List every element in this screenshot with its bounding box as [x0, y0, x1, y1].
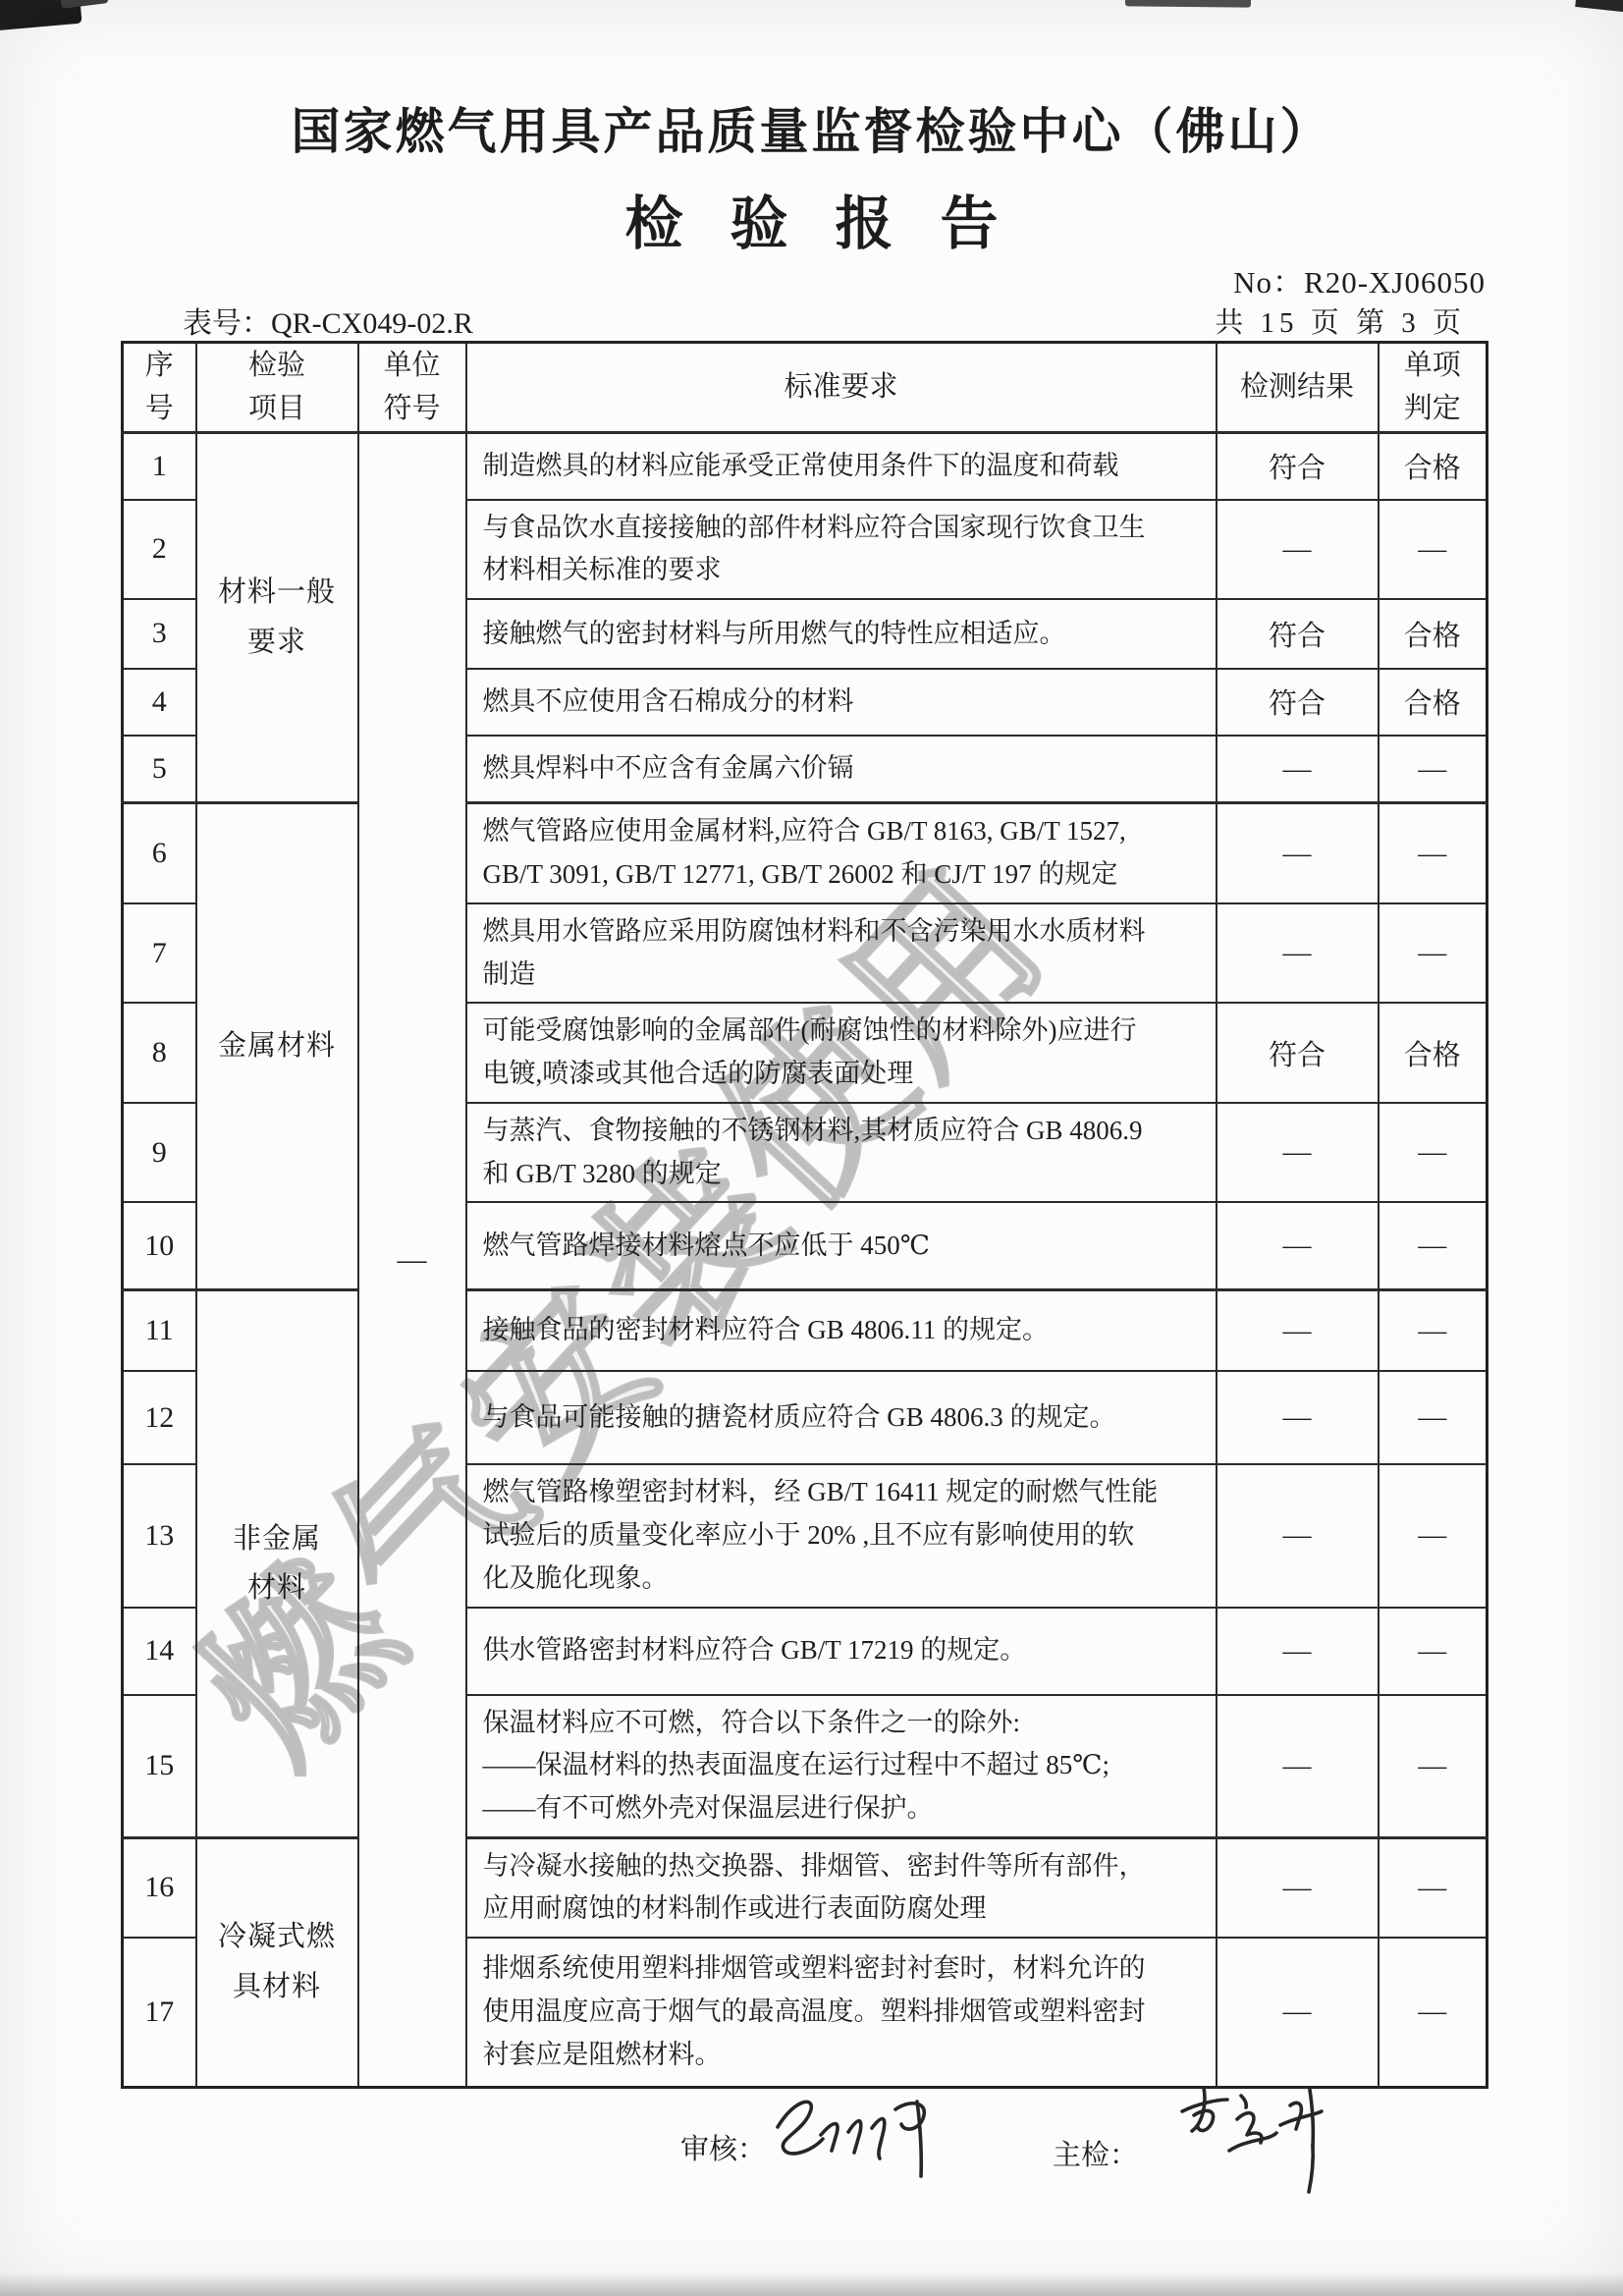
row-seq: 1 — [123, 433, 196, 500]
row-seq: 11 — [123, 1289, 196, 1371]
result-cell: — — [1217, 500, 1379, 599]
judgment-cell: — — [1379, 803, 1488, 903]
result-cell: 符合 — [1217, 1003, 1379, 1102]
group-label-nonmetal-materials: 非金属 材料 — [196, 1289, 358, 1837]
reviewer-label: 审核： — [680, 2127, 766, 2167]
judgment-cell: 合格 — [1379, 599, 1488, 669]
result-cell: 符合 — [1217, 433, 1379, 500]
report-number: No：R20-XJ06050 — [1233, 257, 1486, 301]
result-cell: — — [1217, 1837, 1379, 1938]
row-seq: 4 — [123, 669, 196, 736]
group-label-general-materials: 材料一般 要求 — [196, 433, 358, 803]
inspection-table: 序 号 检验 项目 单位 符号 标准要求 检测结果 单项 判定 1 材料一般 要… — [121, 341, 1488, 2089]
table-row: 6 金属材料 燃气管路应使用金属材料,应符合 GB/T 8163, GB/T 1… — [123, 803, 1488, 903]
judgment-cell: — — [1379, 1938, 1488, 2087]
row-seq: 15 — [123, 1695, 196, 1838]
chief-inspector-signature — [1166, 2076, 1348, 2202]
requirement-cell: 接触食品的密封材料应符合 GB 4806.11 的规定。 — [466, 1289, 1217, 1371]
row-seq: 14 — [123, 1608, 196, 1695]
judgment-cell: 合格 — [1379, 433, 1488, 500]
org-title: 国家燃气用具产品质量监督检验中心（佛山） — [0, 92, 1623, 163]
page-counter: 共 15 页 第 3 页 — [1215, 301, 1466, 341]
judgment-cell: — — [1379, 1837, 1488, 1938]
row-seq: 6 — [123, 803, 196, 903]
scan-smudge-top-right — [1575, 0, 1623, 13]
row-seq: 3 — [123, 599, 196, 669]
row-seq: 5 — [123, 736, 196, 803]
reviewer-signature — [764, 2088, 950, 2186]
scan-edge-shadow — [0, 2272, 1623, 2296]
table-row: 1 材料一般 要求 — 制造燃具的材料应能承受正常使用条件下的温度和荷载 符合 … — [123, 433, 1488, 500]
col-header-unit: 单位 符号 — [358, 343, 466, 433]
result-cell: — — [1217, 1371, 1379, 1464]
scan-smudge-top-left-2 — [60, 0, 108, 9]
result-cell: — — [1217, 903, 1379, 1003]
result-cell: — — [1217, 1289, 1379, 1371]
table-row: 16 冷凝式燃 具材料 与冷凝水接触的热交换器、排烟管、密封件等所有部件， 应用… — [123, 1837, 1488, 1938]
judgment-cell: — — [1379, 1695, 1488, 1838]
requirement-cell: 与蒸汽、食物接触的不锈钢材料,其材质应符合 GB 4806.9 和 GB/T 3… — [466, 1103, 1217, 1202]
judgment-cell: — — [1379, 736, 1488, 803]
requirement-cell: 排烟系统使用塑料排烟管或塑料密封衬套时，材料允许的 使用温度应高于烟气的最高温度… — [466, 1938, 1217, 2087]
report-title: 检验报告 — [24, 177, 1623, 260]
row-seq: 7 — [123, 903, 196, 1003]
row-seq: 2 — [123, 500, 196, 599]
scan-streak-top — [1125, 0, 1251, 8]
result-cell: — — [1217, 803, 1379, 903]
group-label-metal-materials: 金属材料 — [196, 803, 358, 1289]
requirement-cell: 与食品可能接触的搪瓷材质应符合 GB 4806.3 的规定。 — [466, 1371, 1217, 1464]
requirement-cell: 供水管路密封材料应符合 GB/T 17219 的规定。 — [466, 1608, 1217, 1695]
table-row: 11 非金属 材料 接触食品的密封材料应符合 GB 4806.11 的规定。 —… — [123, 1289, 1488, 1371]
result-cell: — — [1217, 1695, 1379, 1838]
row-seq: 16 — [123, 1837, 196, 1938]
judgment-cell: 合格 — [1379, 669, 1488, 736]
col-header-requirement: 标准要求 — [466, 343, 1217, 433]
result-cell: — — [1217, 1103, 1379, 1202]
col-header-seq: 序 号 — [123, 343, 196, 433]
requirement-cell: 制造燃具的材料应能承受正常使用条件下的温度和荷载 — [466, 433, 1217, 500]
result-cell: — — [1217, 1608, 1379, 1695]
unit-symbol-cell: — — [358, 433, 466, 2088]
row-seq: 17 — [123, 1938, 196, 2087]
judgment-cell: — — [1379, 903, 1488, 1003]
judgment-cell: — — [1379, 1371, 1488, 1464]
judgment-cell: — — [1379, 1202, 1488, 1289]
judgment-cell: — — [1379, 1608, 1488, 1695]
result-cell: — — [1217, 1464, 1379, 1607]
requirement-cell: 与食品饮水直接接触的部件材料应符合国家现行饮食卫生 材料相关标准的要求 — [466, 500, 1217, 599]
row-seq: 12 — [123, 1371, 196, 1464]
judgment-cell: — — [1379, 500, 1488, 599]
judgment-cell: — — [1379, 1289, 1488, 1371]
judgment-cell: — — [1379, 1464, 1488, 1607]
result-cell: 符合 — [1217, 669, 1379, 736]
requirement-cell: 燃具焊料中不应含有金属六价镉 — [466, 736, 1217, 803]
col-header-item: 检验 项目 — [196, 343, 358, 433]
report-page: 燃气安装使用 国家燃气用具产品质量监督检验中心（佛山） 检验报告 No：R20-… — [0, 0, 1623, 2296]
result-cell: — — [1217, 1202, 1379, 1289]
requirement-cell: 燃具用水管路应采用防腐蚀材料和不含污染用水水质材料 制造 — [466, 903, 1217, 1003]
col-header-result: 检测结果 — [1217, 343, 1379, 433]
judgment-cell: 合格 — [1379, 1003, 1488, 1102]
result-cell: — — [1217, 1938, 1379, 2087]
requirement-cell: 燃气管路应使用金属材料,应符合 GB/T 8163, GB/T 1527, GB… — [466, 803, 1217, 903]
row-seq: 9 — [123, 1103, 196, 1202]
requirement-cell: 接触燃气的密封材料与所用燃气的特性应相适应。 — [466, 599, 1217, 669]
requirement-cell: 燃气管路焊接材料熔点不应低于 450℃ — [466, 1202, 1217, 1289]
row-seq: 10 — [123, 1202, 196, 1289]
requirement-cell: 保温材料应不可燃，符合以下条件之一的除外: ——保温材料的热表面温度在运行过程中… — [466, 1695, 1217, 1838]
col-header-judgment: 单项 判定 — [1379, 343, 1488, 433]
row-seq: 8 — [123, 1003, 196, 1102]
result-cell: 符合 — [1217, 599, 1379, 669]
form-number: 表号：QR-CX049-02.R — [183, 299, 473, 342]
requirement-cell: 燃气管路橡塑密封材料，经 GB/T 16411 规定的耐燃气性能 试验后的质量变… — [466, 1464, 1217, 1607]
group-label-condensing-materials: 冷凝式燃 具材料 — [196, 1837, 358, 2087]
chief-inspector-label: 主检： — [1053, 2133, 1138, 2173]
requirement-cell: 燃具不应使用含石棉成分的材料 — [466, 669, 1217, 736]
table-header-row: 序 号 检验 项目 单位 符号 标准要求 检测结果 单项 判定 — [123, 343, 1488, 433]
requirement-cell: 可能受腐蚀影响的金属部件(耐腐蚀性的材料除外)应进行 电镀,喷漆或其他合适的防腐… — [466, 1003, 1217, 1102]
judgment-cell: — — [1379, 1103, 1488, 1202]
row-seq: 13 — [123, 1464, 196, 1607]
result-cell: — — [1217, 736, 1379, 803]
requirement-cell: 与冷凝水接触的热交换器、排烟管、密封件等所有部件， 应用耐腐蚀的材料制作或进行表… — [466, 1837, 1217, 1938]
